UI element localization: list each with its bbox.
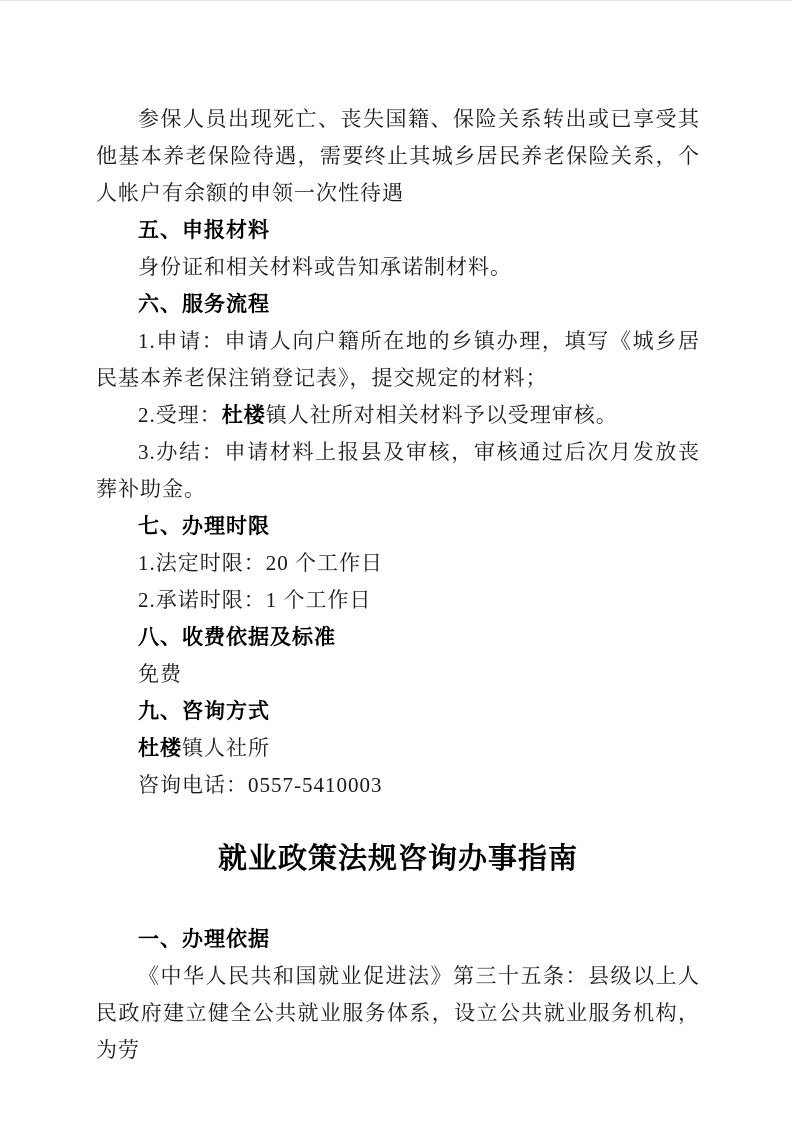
paragraph-promised-time-limit: 2.承诺时限：1 个工作日 <box>96 582 700 619</box>
heading-application-materials: 五、申报材料 <box>96 212 700 249</box>
document-page: 参保人员出现死亡、丧失国籍、保险关系转出或已享受其他基本养老保险待遇，需要终止其… <box>0 0 793 1122</box>
paragraph-materials: 身份证和相关材料或告知承诺制材料。 <box>96 249 700 286</box>
paragraph-termination-conditions: 参保人员出现死亡、丧失国籍、保险关系转出或已享受其他基本养老保险待遇，需要终止其… <box>96 101 700 212</box>
document-content: 参保人员出现死亡、丧失国籍、保险关系转出或已享受其他基本养老保险待遇，需要终止其… <box>96 101 700 1069</box>
contact-org-name: 杜楼 <box>138 737 182 760</box>
heading-service-process: 六、服务流程 <box>96 286 700 323</box>
paragraph-legal-basis: 《中华人民共和国就业促进法》第三十五条：县级以上人民政府建立健全公共就业服务体系… <box>96 958 700 1069</box>
heading-time-limit: 七、办理时限 <box>96 508 700 545</box>
step-accept-org-name: 杜楼 <box>222 404 266 427</box>
paragraph-contact-office: 杜楼镇人社所 <box>96 730 700 767</box>
step-accept-suffix: 镇人社所对相关材料予以受理审核。 <box>266 403 618 427</box>
paragraph-step-complete: 3.办结：申请材料上报县及审核，审核通过后次月发放丧葬补助金。 <box>96 434 700 508</box>
paragraph-step-accept: 2.受理：杜楼镇人社所对相关材料予以受理审核。 <box>96 397 700 434</box>
phone-number: 0557-5410003 <box>248 773 383 797</box>
heading-contact-method: 九、咨询方式 <box>96 693 700 730</box>
step-accept-prefix: 2.受理： <box>138 403 222 427</box>
heading-fee-basis: 八、收费依据及标准 <box>96 619 700 656</box>
paragraph-step-apply: 1.申请：申请人向户籍所在地的乡镇办理，填写《城乡居民基本养老保注销登记表》，提… <box>96 323 700 397</box>
paragraph-contact-phone: 咨询电话：0557-5410003 <box>96 767 700 804</box>
contact-org-rest: 镇人社所 <box>182 736 270 760</box>
paragraph-fee-free: 免费 <box>96 656 700 693</box>
heading-handling-basis: 一、办理依据 <box>96 921 700 958</box>
phone-label: 咨询电话： <box>138 773 248 797</box>
paragraph-statutory-time-limit: 1.法定时限：20 个工作日 <box>96 545 700 582</box>
page-title-employment-policy-guide: 就业政策法规咨询办事指南 <box>96 837 700 881</box>
